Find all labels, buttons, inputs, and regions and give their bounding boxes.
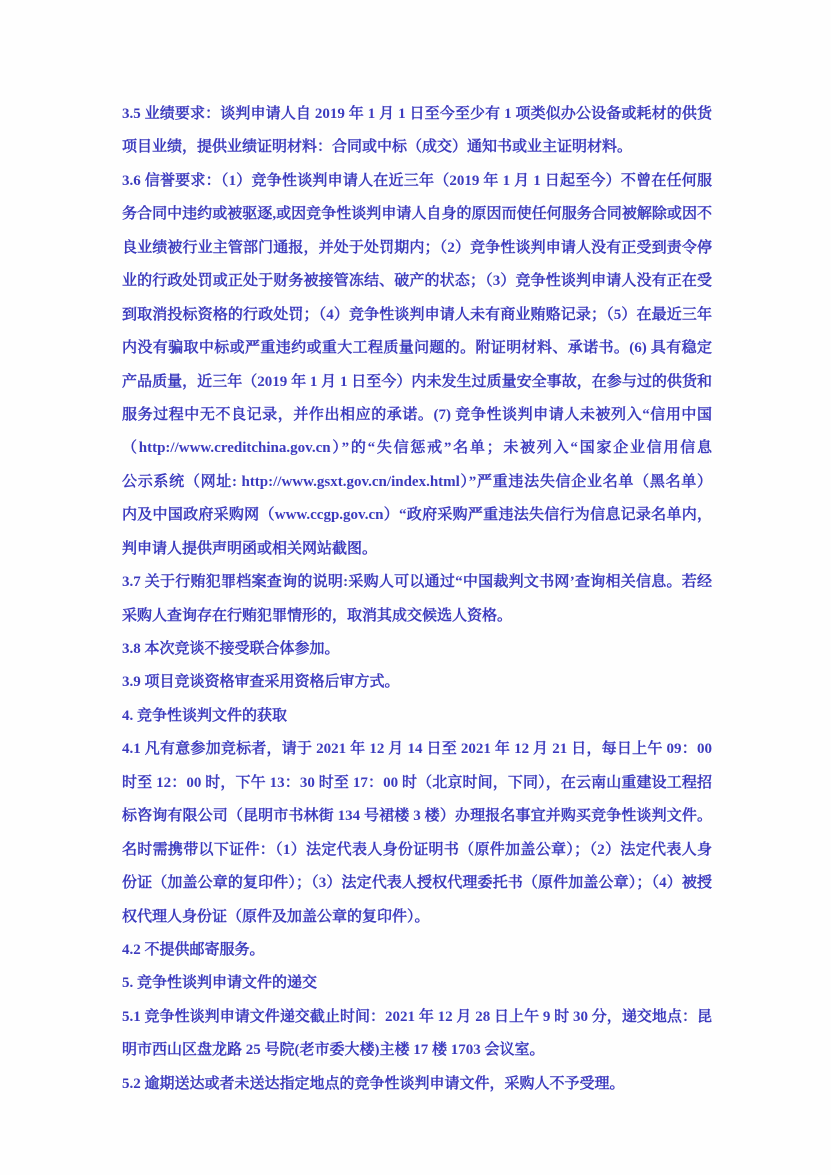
paragraph-3-6: 3.6 信誉要求：（1）竞争性谈判申请人在近三年（2019 年 1 月 1 日起… xyxy=(122,165,712,566)
document-line: 5. 竞争性谈判申请文件的递交 xyxy=(122,967,712,1000)
document-line: 服务过程中无不良记录，并作出相应的承诺。(7) 竞争性谈判申请人未被列入“信用中… xyxy=(122,399,712,432)
document-line: 5.2 逾期送达或者未送达指定地点的竞争性谈判申请文件，采购人不予受理。 xyxy=(122,1068,712,1101)
paragraph-3-8: 3.8 本次竞谈不接受联合体参加。 xyxy=(122,633,712,666)
document-line: 份证（加盖公章的复印件）；（3）法定代表人授权代理委托书（原件加盖公章）；（4）… xyxy=(122,867,712,900)
document-line: 项目业绩，提供业绩证明材料：合同或中标（成交）通知书或业主证明材料。 xyxy=(122,131,712,164)
document-page: 3.5 业绩要求：谈判申请人自 2019 年 1 月 1 日至今至少有 1 项类… xyxy=(0,0,831,1175)
document-line: 产品质量，近三年（2019 年 1 月 1 日至今）内未发生过质量安全事故，在参… xyxy=(122,366,712,399)
paragraph-4: 4. 竞争性谈判文件的获取 xyxy=(122,700,712,733)
document-line: （http://www.creditchina.gov.cn）”的“失信惩戒”名… xyxy=(122,432,712,465)
document-line: 3.8 本次竞谈不接受联合体参加。 xyxy=(122,633,712,666)
document-line: 3.6 信誉要求：（1）竞争性谈判申请人在近三年（2019 年 1 月 1 日起… xyxy=(122,165,712,198)
document-line: 良业绩被行业主管部门通报，并处于处罚期内；（2）竞争性谈判申请人没有正受到责令停 xyxy=(122,232,712,265)
document-line: 到取消投标资格的行政处罚；（4）竞争性谈判申请人未有商业贿赂记录；（5）在最近三… xyxy=(122,299,712,332)
document-line: 判申请人提供声明函或相关网站截图。 xyxy=(122,533,712,566)
paragraph-4-2: 4.2 不提供邮寄服务。 xyxy=(122,934,712,967)
paragraph-3-7: 3.7 关于行贿犯罪档案查询的说明:采购人可以通过“中国裁判文书网’查询相关信息… xyxy=(122,566,712,633)
document-line: 内及中国政府采购网（www.ccgp.gov.cn）“政府采购严重违法失信行为信… xyxy=(122,499,712,532)
document-line: 4.1 凡有意参加竞标者，请于 2021 年 12 月 14 日至 2021 年… xyxy=(122,733,712,766)
document-line: 明市西山区盘龙路 25 号院(老市委大楼)主楼 17 楼 1703 会议室。 xyxy=(122,1034,712,1067)
document-line: 5.1 竞争性谈判申请文件递交截止时间：2021 年 12 月 28 日上午 9… xyxy=(122,1001,712,1034)
document-line: 时至 12：00 时，下午 13：30 时至 17：00 时（北京时间，下同），… xyxy=(122,767,712,800)
document-line: 公示系统（网址: http://www.gsxt.gov.cn/index.ht… xyxy=(122,466,712,499)
document-body: 3.5 业绩要求：谈判申请人自 2019 年 1 月 1 日至今至少有 1 项类… xyxy=(122,98,712,1101)
document-line: 名时需携带以下证件：（1）法定代表人身份证明书（原件加盖公章）；（2）法定代表人… xyxy=(122,834,712,867)
paragraph-5-2: 5.2 逾期送达或者未送达指定地点的竞争性谈判申请文件，采购人不予受理。 xyxy=(122,1068,712,1101)
document-line: 3.9 项目竞谈资格审查采用资格后审方式。 xyxy=(122,666,712,699)
document-line: 4. 竞争性谈判文件的获取 xyxy=(122,700,712,733)
document-line: 权代理人身份证（原件及加盖公章的复印件）。 xyxy=(122,901,712,934)
paragraph-5-1: 5.1 竞争性谈判申请文件递交截止时间：2021 年 12 月 28 日上午 9… xyxy=(122,1001,712,1068)
document-line: 业的行政处罚或正处于财务被接管冻结、破产的状态；（3）竞争性谈判申请人没有正在受 xyxy=(122,265,712,298)
document-line: 标咨询有限公司（昆明市书林街 134 号裙楼 3 楼）办理报名事宜并购买竞争性谈… xyxy=(122,800,712,833)
document-line: 4.2 不提供邮寄服务。 xyxy=(122,934,712,967)
document-line: 3.5 业绩要求：谈判申请人自 2019 年 1 月 1 日至今至少有 1 项类… xyxy=(122,98,712,131)
paragraph-3-5: 3.5 业绩要求：谈判申请人自 2019 年 1 月 1 日至今至少有 1 项类… xyxy=(122,98,712,165)
paragraph-5: 5. 竞争性谈判申请文件的递交 xyxy=(122,967,712,1000)
document-line: 务合同中违约或被驱逐,或因竞争性谈判申请人自身的原因而使任何服务合同被解除或因不 xyxy=(122,198,712,231)
document-line: 采购人查询存在行贿犯罪情形的，取消其成交候选人资格。 xyxy=(122,600,712,633)
document-line: 内没有骗取中标或严重违约或重大工程质量问题的。附证明材料、承诺书。(6) 具有稳… xyxy=(122,332,712,365)
paragraph-3-9: 3.9 项目竞谈资格审查采用资格后审方式。 xyxy=(122,666,712,699)
document-line: 3.7 关于行贿犯罪档案查询的说明:采购人可以通过“中国裁判文书网’查询相关信息… xyxy=(122,566,712,599)
paragraph-4-1: 4.1 凡有意参加竞标者，请于 2021 年 12 月 14 日至 2021 年… xyxy=(122,733,712,934)
